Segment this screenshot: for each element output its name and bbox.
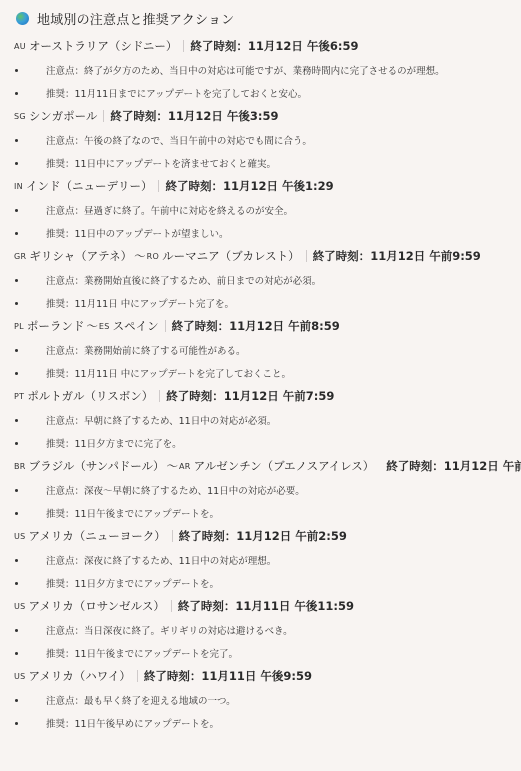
recommend-item: 推奨：11月11日 中にアップデートを完了しておくこと。 (14, 361, 521, 384)
country-code: AU (14, 42, 26, 51)
range-tilde: ～ (167, 458, 179, 474)
region-section: USアメリカ（ハワイ）終了時刻：11月11日 午後9:59注意点：最も早く終了を… (14, 664, 521, 734)
caution-label: 注意点： (46, 273, 84, 287)
caution-label: 注意点： (46, 623, 84, 637)
caution-text: 最も早く終了を迎える地域の一つ。 (84, 693, 236, 707)
region-section: USアメリカ（ロサンゼルス）終了時刻：11月11日 午後11:59注意点：当日深… (14, 594, 521, 664)
recommend-item: 推奨：11日夕方までに完了を。 (14, 431, 521, 454)
region-section: PLポーランド～ESスペイン終了時刻：11月12日 午前8:59注意点：業務開始… (14, 314, 521, 384)
end-time-label: 終了時刻： (179, 528, 237, 544)
region-name: ブラジル（サンパドール） (29, 458, 165, 474)
region-name: ギリシャ（アテネ） (29, 248, 132, 264)
end-time-value: 11月12日 午前7:59 (224, 388, 335, 404)
region-header: PLポーランド～ESスペイン終了時刻：11月12日 午前8:59 (14, 314, 521, 338)
region-section: USアメリカ（ニューヨーク）終了時刻：11月12日 午前2:59注意点：深夜に終… (14, 524, 521, 594)
recommend-label: 推奨： (46, 156, 75, 170)
recommend-label: 推奨： (46, 296, 75, 310)
region-bullets: 注意点：昼過ぎに終了。午前中に対応を終えるのが安全。推奨：11日中のアップデート… (14, 198, 521, 244)
end-time-label: 終了時刻： (166, 388, 224, 404)
regional-notes-panel: 地域別の注意点と推奨アクション AUオーストラリア（シドニー）終了時刻：11月1… (0, 0, 521, 734)
end-time-label: 終了時刻： (313, 248, 371, 264)
recommend-text: 11月11日 中にアップデート完了を。 (75, 296, 235, 310)
caution-text: 早朝に終了するため、11日中の対応が必須。 (84, 413, 276, 427)
region-bullets: 注意点：深夜～早朝に終了するため、11日中の対応が必要。推奨：11日午後までにア… (14, 478, 521, 524)
region-bullets: 注意点：業務開始前に終了する可能性がある。推奨：11月11日 中にアップデートを… (14, 338, 521, 384)
caution-label: 注意点： (46, 413, 84, 427)
end-time-value: 11月12日 午前8:59 (229, 318, 340, 334)
divider (103, 110, 104, 122)
recommend-item: 推奨：11日夕方までにアップデートを。 (14, 571, 521, 594)
country-code: IN (14, 182, 23, 191)
recommend-label: 推奨： (46, 226, 75, 240)
country-code: US (14, 672, 26, 681)
recommend-label: 推奨： (46, 436, 75, 450)
recommend-text: 11日中のアップデートが望ましい。 (75, 226, 229, 240)
end-time-label: 終了時刻： (386, 458, 444, 474)
end-time-label: 終了時刻： (144, 668, 202, 684)
region-bullets: 注意点：深夜に終了するため、11日中の対応が理想。推奨：11日夕方までにアップデ… (14, 548, 521, 594)
country-code: BR (14, 462, 26, 471)
region-bullets: 注意点：午後の終了なので、当日午前中の対応でも間に合う。推奨：11日中にアップデ… (14, 128, 521, 174)
recommend-label: 推奨： (46, 366, 75, 380)
region-bullets: 注意点：最も早く終了を迎える地域の一つ。推奨：11日午後早めにアップデートを。 (14, 688, 521, 734)
range-tilde: ～ (134, 248, 146, 264)
region-header: SGシンガポール終了時刻：11月12日 午後3:59 (14, 104, 521, 128)
recommend-text: 11日午後までにアップデートを。 (75, 506, 219, 520)
country-code: GR (14, 252, 26, 261)
region-section: INインド（ニューデリー）終了時刻：11月12日 午後1:29注意点：昼過ぎに終… (14, 174, 521, 244)
end-time-value: 11月12日 午後1:29 (223, 178, 334, 194)
country-code: US (14, 532, 26, 541)
caution-item: 注意点：業務開始直後に終了するため、前日までの対応が必須。 (14, 268, 521, 291)
region-header: INインド（ニューデリー）終了時刻：11月12日 午後1:29 (14, 174, 521, 198)
country-code: PL (14, 322, 24, 331)
region-name: ルーマニア（ブカレスト） (162, 248, 300, 264)
caution-text: 当日深夜に終了。ギリギリの対応は避けるべき。 (84, 623, 293, 637)
section-title: 地域別の注意点と推奨アクション (37, 9, 234, 28)
region-name: シンガポール (29, 108, 97, 124)
end-time-label: 終了時刻： (110, 108, 168, 124)
section-title-row: 地域別の注意点と推奨アクション (14, 6, 521, 30)
end-time-label: 終了時刻： (172, 318, 230, 334)
region-bullets: 注意点：当日深夜に終了。ギリギリの対応は避けるべき。推奨：11日午後までにアップ… (14, 618, 521, 664)
caution-text: 午後の終了なので、当日午前中の対応でも間に合う。 (84, 133, 312, 147)
caution-item: 注意点：当日深夜に終了。ギリギリの対応は避けるべき。 (14, 618, 521, 641)
region-name: スペイン (113, 318, 159, 334)
end-time-label: 終了時刻： (178, 598, 236, 614)
caution-item: 注意点：業務開始前に終了する可能性がある。 (14, 338, 521, 361)
region-header: USアメリカ（ニューヨーク）終了時刻：11月12日 午前2:59 (14, 524, 521, 548)
caution-item: 注意点：昼過ぎに終了。午前中に対応を終えるのが安全。 (14, 198, 521, 221)
recommend-item: 推奨：11日午後までにアップデートを完了。 (14, 641, 521, 664)
region-header: GRギリシャ（アテネ）～ROルーマニア（ブカレスト）終了時刻：11月12日 午前… (14, 244, 521, 268)
recommend-item: 推奨：11日午後早めにアップデートを。 (14, 711, 521, 734)
recommend-text: 11月11日までにアップデートを完了しておくと安心。 (75, 86, 308, 100)
end-time-value: 11月12日 午後6:59 (248, 38, 359, 54)
divider (172, 530, 173, 542)
region-section: AUオーストラリア（シドニー）終了時刻：11月12日 午後6:59注意点：終了が… (14, 34, 521, 104)
caution-label: 注意点： (46, 203, 84, 217)
region-list: AUオーストラリア（シドニー）終了時刻：11月12日 午後6:59注意点：終了が… (14, 34, 521, 734)
region-name: アルゼンチン（ブエノスアイレス） (194, 458, 375, 474)
caution-text: 終了が夕方のため、当日中の対応は可能ですが、業務時間内に完了させるのが理想。 (84, 63, 445, 77)
region-name: オーストラリア（シドニー） (29, 38, 177, 54)
caution-text: 深夜～早朝に終了するため、11日中の対応が必要。 (84, 483, 305, 497)
country-code: SG (14, 112, 26, 121)
divider (159, 390, 160, 402)
region-section: PTポルトガル（リスボン）終了時刻：11月12日 午前7:59注意点：早朝に終了… (14, 384, 521, 454)
region-section: SGシンガポール終了時刻：11月12日 午後3:59注意点：午後の終了なので、当… (14, 104, 521, 174)
caution-item: 注意点：深夜～早朝に終了するため、11日中の対応が必要。 (14, 478, 521, 501)
region-bullets: 注意点：業務開始直後に終了するため、前日までの対応が必須。推奨：11月11日 中… (14, 268, 521, 314)
recommend-text: 11日夕方までにアップデートを。 (75, 576, 219, 590)
caution-item: 注意点：午後の終了なので、当日午前中の対応でも間に合う。 (14, 128, 521, 151)
globe-icon (16, 12, 29, 25)
recommend-text: 11日中にアップデートを済ませておくと確実。 (75, 156, 276, 170)
region-section: BRブラジル（サンパドール）～ARアルゼンチン（ブエノスアイレス）終了時刻：11… (14, 454, 521, 524)
caution-label: 注意点： (46, 63, 84, 77)
recommend-label: 推奨： (46, 576, 75, 590)
end-time-label: 終了時刻： (190, 38, 248, 54)
recommend-text: 11日夕方までに完了を。 (75, 436, 182, 450)
caution-text: 業務開始前に終了する可能性がある。 (84, 343, 246, 357)
divider (306, 250, 307, 262)
end-time-value: 11月11日 午後11:59 (235, 598, 354, 614)
region-header: USアメリカ（ロサンゼルス）終了時刻：11月11日 午後11:59 (14, 594, 521, 618)
caution-item: 注意点：最も早く終了を迎える地域の一つ。 (14, 688, 521, 711)
end-time-value: 11月12日 午前9:59 (370, 248, 481, 264)
region-name: ポルトガル（リスボン） (27, 388, 153, 404)
country-code: AR (179, 462, 191, 471)
recommend-item: 推奨：11日中にアップデートを済ませておくと確実。 (14, 151, 521, 174)
region-name: ポーランド (27, 318, 85, 334)
caution-text: 業務開始直後に終了するため、前日までの対応が必須。 (84, 273, 321, 287)
recommend-item: 推奨：11日中のアップデートが望ましい。 (14, 221, 521, 244)
region-bullets: 注意点：終了が夕方のため、当日中の対応は可能ですが、業務時間内に完了させるのが理… (14, 58, 521, 104)
caution-label: 注意点： (46, 133, 84, 147)
region-header: AUオーストラリア（シドニー）終了時刻：11月12日 午後6:59 (14, 34, 521, 58)
region-name: アメリカ（ハワイ） (29, 668, 131, 684)
end-time-value: 11月12日 午後3:59 (168, 108, 279, 124)
caution-label: 注意点： (46, 693, 84, 707)
caution-text: 深夜に終了するため、11日中の対応が理想。 (84, 553, 276, 567)
country-code: PT (14, 392, 24, 401)
recommend-label: 推奨： (46, 86, 75, 100)
end-time-value: 11月12日 午前2:59 (236, 528, 347, 544)
recommend-item: 推奨：11月11日 中にアップデート完了を。 (14, 291, 521, 314)
end-time-value: 11月12日 午前4:59 (444, 458, 521, 474)
region-header: PTポルトガル（リスボン）終了時刻：11月12日 午前7:59 (14, 384, 521, 408)
divider (137, 670, 138, 682)
recommend-label: 推奨： (46, 716, 75, 730)
recommend-text: 11日午後までにアップデートを完了。 (75, 646, 238, 660)
region-section: GRギリシャ（アテネ）～ROルーマニア（ブカレスト）終了時刻：11月12日 午前… (14, 244, 521, 314)
country-code: ES (99, 322, 110, 331)
recommend-label: 推奨： (46, 506, 75, 520)
caution-item: 注意点：早朝に終了するため、11日中の対応が必須。 (14, 408, 521, 431)
region-name: アメリカ（ニューヨーク） (29, 528, 166, 544)
recommend-text: 11月11日 中にアップデートを完了しておくこと。 (75, 366, 292, 380)
region-header: USアメリカ（ハワイ）終了時刻：11月11日 午後9:59 (14, 664, 521, 688)
region-name: インド（ニューデリー） (26, 178, 153, 194)
end-time-label: 終了時刻： (165, 178, 223, 194)
region-name: アメリカ（ロサンゼルス） (29, 598, 165, 614)
divider (158, 180, 159, 192)
divider (165, 320, 166, 332)
caution-item: 注意点：終了が夕方のため、当日中の対応は可能ですが、業務時間内に完了させるのが理… (14, 58, 521, 81)
region-bullets: 注意点：早朝に終了するため、11日中の対応が必須。推奨：11日夕方までに完了を。 (14, 408, 521, 454)
caution-label: 注意点： (46, 343, 84, 357)
caution-text: 昼過ぎに終了。午前中に対応を終えるのが安全。 (84, 203, 293, 217)
country-code: US (14, 602, 26, 611)
recommend-text: 11日午後早めにアップデートを。 (75, 716, 219, 730)
recommend-label: 推奨： (46, 646, 75, 660)
country-code: RO (147, 252, 159, 261)
caution-label: 注意点： (46, 553, 84, 567)
caution-item: 注意点：深夜に終了するため、11日中の対応が理想。 (14, 548, 521, 571)
recommend-item: 推奨：11月11日までにアップデートを完了しておくと安心。 (14, 81, 521, 104)
range-tilde: ～ (86, 318, 98, 334)
divider (171, 600, 172, 612)
end-time-value: 11月11日 午後9:59 (201, 668, 312, 684)
divider (183, 40, 184, 52)
caution-label: 注意点： (46, 483, 84, 497)
recommend-item: 推奨：11日午後までにアップデートを。 (14, 501, 521, 524)
region-header: BRブラジル（サンパドール）～ARアルゼンチン（ブエノスアイレス）終了時刻：11… (14, 454, 521, 478)
